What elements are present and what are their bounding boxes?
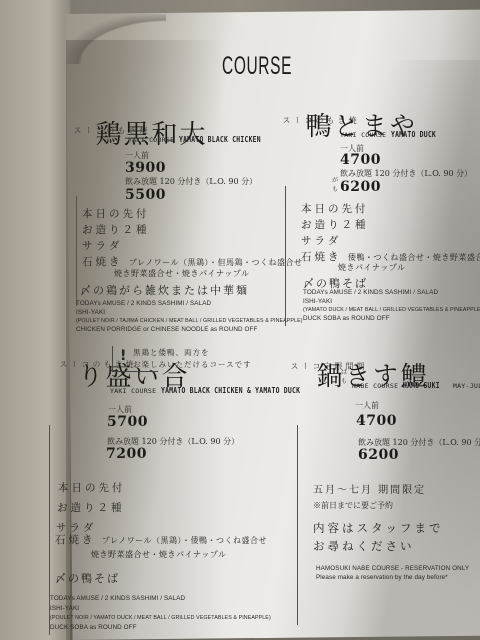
course-english-name: YAKI COURSE YAMATO BLACK CHICKEN & YAMAT… bbox=[110, 386, 335, 395]
english-line: (POULET NOIR / YAMATO DUCK / MEAT BALL /… bbox=[50, 615, 271, 621]
course-english-name: NABE COURSE HAMO-SUKI MAY-JUL LIMITED* bbox=[352, 381, 480, 390]
english-line: (POULET NOIR / TAJIMA CHICKEN / MEAT BAL… bbox=[76, 318, 303, 324]
english-line: TODAYs AMUSE / 2 KINDS SASHIMI / SALAD bbox=[76, 300, 211, 307]
english-line: ISHI-YAKI bbox=[50, 605, 79, 612]
price-with-drinks: 7200 bbox=[106, 446, 147, 462]
menu-item: 本日の先付 bbox=[301, 201, 369, 216]
contents-note: お尋ねください bbox=[313, 538, 415, 554]
divider bbox=[49, 425, 50, 635]
divider bbox=[285, 186, 286, 326]
price-per-person: 4700 bbox=[340, 152, 381, 168]
exclamation-icon: ! bbox=[120, 348, 126, 364]
english-line: ISHI-YAKI bbox=[303, 298, 332, 305]
english-line: DUCK SOBA as ROUND OFF bbox=[50, 624, 137, 631]
contents-note: 内容はスタッフまで bbox=[313, 520, 444, 536]
menu-item: サラダ bbox=[82, 238, 122, 253]
page-title: COURSE bbox=[222, 52, 292, 81]
english-line: (YAMATO DUCK / MEAT BALL / GRILLED VEGET… bbox=[303, 307, 480, 313]
english-line: DUCK SOBA as ROUND OFF bbox=[303, 315, 390, 322]
finish-item: 〆の鶏がら雑炊または中華麺 bbox=[80, 282, 249, 298]
menu-item-detail: 焼きパイナップル bbox=[338, 262, 406, 273]
menu-item: 本日の先付 bbox=[82, 206, 150, 221]
price-per-person: 5700 bbox=[107, 414, 148, 430]
menu-item-detail: 焼き野菜盛合せ・焼きパイナップル bbox=[114, 268, 250, 279]
menu-item: 本日の先付 bbox=[58, 480, 126, 495]
menu-item-detail: 焼き野菜盛合せ・焼きパイナップル bbox=[91, 549, 227, 560]
course-english-name: YAKI COURSE YAMATO DUCK bbox=[340, 130, 447, 139]
course-english-name: YAKI COURSE YAMATO BLACK CHICKEN bbox=[128, 135, 281, 144]
english-line: ISHI-YAKI bbox=[76, 309, 105, 316]
name-ruby: がも bbox=[332, 175, 338, 193]
english-line: TODAYs AMUSE / 2 KINDS SASHIMI / SALAD bbox=[50, 595, 185, 602]
english-line: Please make a reservation by the day bef… bbox=[316, 574, 448, 581]
price-per-person: 4700 bbox=[356, 413, 397, 429]
menu-item: お造り２種 bbox=[82, 222, 150, 237]
price-with-drinks: 6200 bbox=[340, 179, 381, 195]
menu-item: お造り２種 bbox=[301, 217, 369, 232]
price-with-drinks: 6200 bbox=[358, 447, 399, 463]
per-person-label: 一人前 bbox=[355, 400, 379, 411]
menu-item: 石焼き プレノワール（黒鶏）・但馬鶏・つくね盛合せ bbox=[82, 254, 303, 269]
limited-period: 五月～七月 期間限定 bbox=[313, 481, 426, 496]
menu-item: サラダ bbox=[301, 233, 341, 248]
price-with-drinks: 5500 bbox=[125, 187, 166, 203]
menu-item: お造り２種 bbox=[57, 500, 125, 515]
finish-item: 〆の鴨そば bbox=[55, 570, 120, 586]
english-line: TODAYs AMUSE / 2 KINDS SASHIMI / SALAD bbox=[303, 289, 438, 296]
page-curl bbox=[66, 14, 166, 64]
price-per-person: 3900 bbox=[125, 160, 166, 176]
menu-item: 石焼き プレノワール（黒鶏）・倭鴨・つくね盛合せ bbox=[55, 532, 267, 547]
divider bbox=[76, 196, 77, 306]
name-ruby: はも bbox=[341, 367, 347, 385]
drinks-label: 飲み放題 120 分付き（L.O. 90 分） bbox=[125, 176, 257, 187]
english-line: CHICKEN PORRIDGE or CHINESE NOODLE as RO… bbox=[76, 326, 257, 333]
drinks-label: 飲み放題 120 分付き（L.O. 90 分） bbox=[340, 168, 472, 179]
note-text: 黒鶏と倭鴨、両方をお楽しみいただけるコースです bbox=[133, 347, 252, 371]
reservation-note: ※前日までに要ご予約 bbox=[313, 500, 393, 511]
english-line: HAMOSUKI NABE COURSE - RESERVATION ONLY bbox=[316, 565, 469, 572]
divider bbox=[297, 425, 298, 625]
